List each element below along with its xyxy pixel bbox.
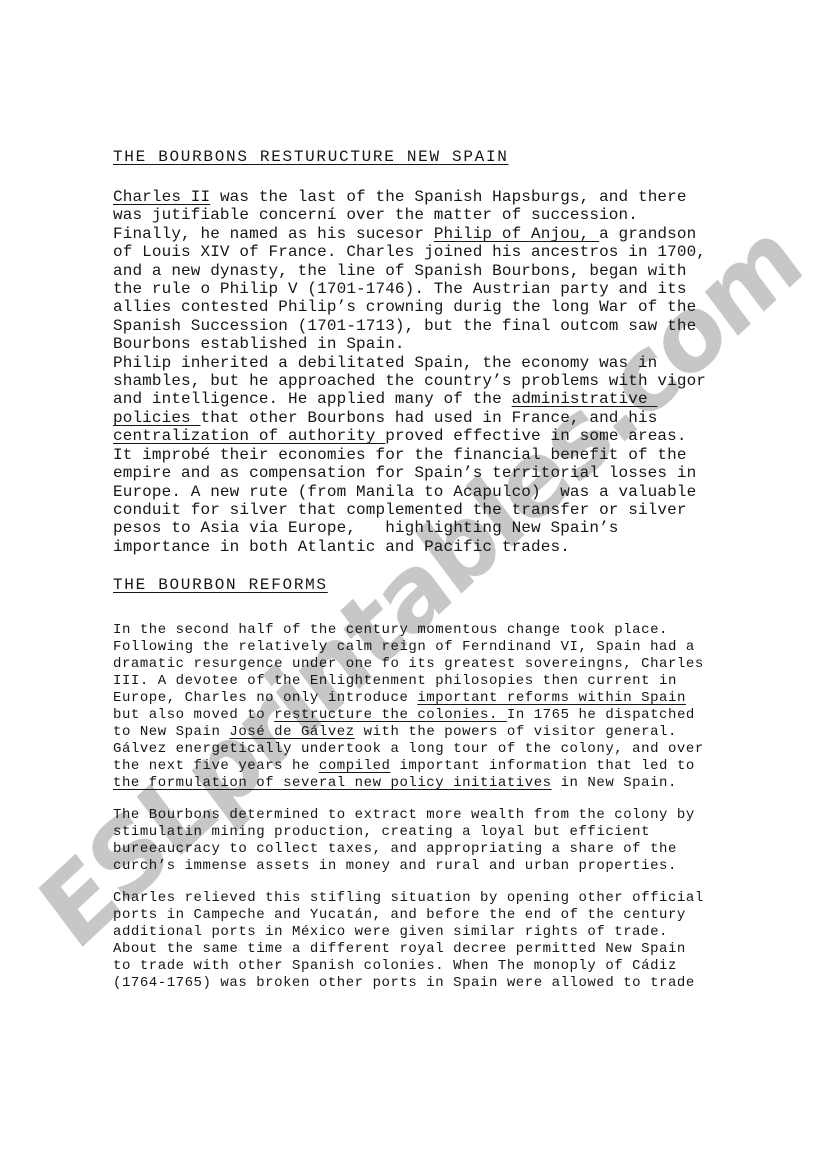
document-title-text: THE BOURBONS RESTURUCTURE NEW SPAIN [113,148,509,166]
underlined-text-run: restructure the colonies. [274,707,507,723]
document-blocks: Charles II was the last of the Spanish H… [113,188,753,992]
text-run: a grandson of Louis XIV of France. Charl… [113,225,706,409]
underlined-text-run: important reforms within Spain [417,690,686,706]
section-heading-text: THE BOURBON REFORMS [113,576,328,594]
underlined-text-run: compiled [319,758,391,774]
underlined-text-run: Philip of Anjou, [434,225,599,243]
text-run: that other Bourbons had used in France, … [201,409,658,427]
paragraph: In the second half of the century moment… [113,622,753,792]
underlined-text-run: José de Gálvez [229,724,354,740]
underlined-text-run: Charles II [113,188,210,206]
text-run: Charles relieved this stifling situation… [113,890,704,991]
text-run: important information that led to [391,758,695,774]
text-run: proved effective in some areas. It impro… [113,427,696,555]
paragraph: Charles relieved this stifling situation… [113,890,753,992]
underlined-text-run: the formulation of several new policy in… [113,775,552,791]
document-page: ESLprintables.com THE BOURBONS RESTURUCT… [0,0,826,1169]
document-title: THE BOURBONS RESTURUCTURE NEW SPAIN [113,148,753,167]
paragraph: Charles II was the last of the Spanish H… [113,188,753,556]
text-run: but also moved to [113,707,274,723]
text-run: The Bourbons determined to extract more … [113,807,695,874]
underlined-text-run: centralization of authority [113,427,385,445]
text-run: in New Spain. [552,775,677,791]
section-heading: THE BOURBON REFORMS [113,576,753,595]
paragraph: The Bourbons determined to extract more … [113,807,753,875]
document-content: THE BOURBONS RESTURUCTURE NEW SPAIN Char… [113,148,753,992]
